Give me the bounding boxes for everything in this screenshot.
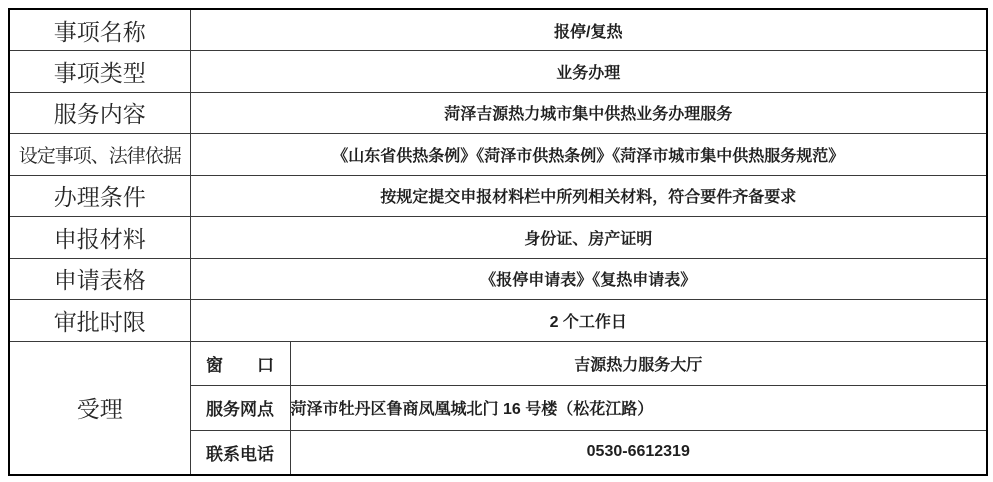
- service-info-table: 事项名称 报停/复热 事项类型 业务办理 服务内容 菏泽吉源热力城市集中供热业务…: [8, 8, 988, 476]
- row-value: 报停/复热: [190, 9, 987, 51]
- table-row: 申请表格 《报停申请表》《复热申请表》: [9, 258, 987, 300]
- row-label: 事项类型: [9, 51, 190, 93]
- row-label: 办理条件: [9, 175, 190, 217]
- table-row: 事项类型 业务办理: [9, 51, 987, 93]
- row-label: 申请表格: [9, 258, 190, 300]
- acceptance-sublabel: 联系电话: [190, 430, 290, 475]
- row-value: 2 个工作日: [190, 300, 987, 342]
- table-row: 设定事项、法律依据 《山东省供热条例》《菏泽市供热条例》《菏泽市城市集中供热服务…: [9, 134, 987, 176]
- row-value: 按规定提交申报材料栏中所列相关材料，符合要件齐备要求: [190, 175, 987, 217]
- row-label: 审批时限: [9, 300, 190, 342]
- row-label: 服务内容: [9, 92, 190, 134]
- table-row: 办理条件 按规定提交申报材料栏中所列相关材料，符合要件齐备要求: [9, 175, 987, 217]
- row-label: 设定事项、法律依据: [9, 134, 190, 176]
- acceptance-subvalue: 吉源热力服务大厅: [290, 341, 987, 386]
- table-row: 审批时限 2 个工作日: [9, 300, 987, 342]
- row-label: 事项名称: [9, 9, 190, 51]
- acceptance-subvalue: 0530-6612319: [290, 430, 987, 475]
- acceptance-subvalue: 菏泽市牡丹区鲁商凤凰城北门 16 号楼（松花江路）: [290, 386, 987, 431]
- table-row: 服务内容 菏泽吉源热力城市集中供热业务办理服务: [9, 92, 987, 134]
- table-row: 受理 窗 口 吉源热力服务大厅: [9, 341, 987, 386]
- acceptance-label: 受理: [9, 341, 190, 475]
- row-value: 身份证、房产证明: [190, 217, 987, 259]
- row-label: 申报材料: [9, 217, 190, 259]
- table-row: 申报材料 身份证、房产证明: [9, 217, 987, 259]
- row-value: 《山东省供热条例》《菏泽市供热条例》《菏泽市城市集中供热服务规范》: [190, 134, 987, 176]
- acceptance-sublabel: 窗 口: [190, 341, 290, 386]
- row-value: 业务办理: [190, 51, 987, 93]
- acceptance-sublabel: 服务网点: [190, 386, 290, 431]
- table-row: 事项名称 报停/复热: [9, 9, 987, 51]
- row-value: 菏泽吉源热力城市集中供热业务办理服务: [190, 92, 987, 134]
- document-page: 事项名称 报停/复热 事项类型 业务办理 服务内容 菏泽吉源热力城市集中供热业务…: [0, 0, 993, 482]
- row-value: 《报停申请表》《复热申请表》: [190, 258, 987, 300]
